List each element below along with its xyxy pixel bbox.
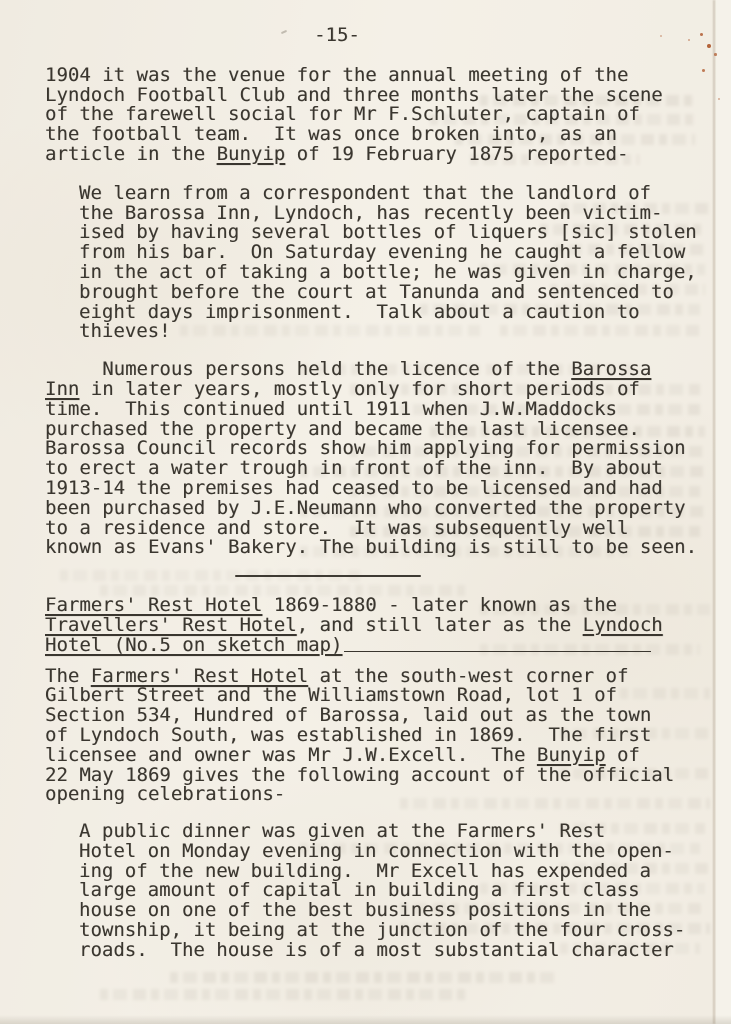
blockquote: We learn from a correspondent that the l… <box>79 184 697 342</box>
underlined-text: Travellers' Rest Hotel <box>45 614 297 636</box>
divider-rule <box>235 575 421 577</box>
rust-speck <box>718 98 720 100</box>
text-line: opening celebrations- <box>45 785 697 805</box>
text-segment: ing of the new building. Mr Excell has e… <box>79 860 651 882</box>
paragraph: The Farmers' Rest Hotel at the south-wes… <box>45 667 697 806</box>
text-segment: of Lyndoch South, was established in 186… <box>45 724 651 746</box>
bottom-shadow <box>0 1015 731 1024</box>
text-line: roads. The house is of a most substantia… <box>79 941 697 961</box>
text-segment: to erect a water trough in front of the … <box>45 457 663 479</box>
rust-speck <box>707 44 711 48</box>
document-blocks: 1904 it was the venue for the annual mee… <box>45 66 697 961</box>
underlined-text: Bunyip <box>217 143 286 165</box>
rust-speck <box>702 69 705 72</box>
document-content: -15- 1904 it was the venue for the annua… <box>45 26 697 961</box>
text-line: article in the Bunyip of 19 February 187… <box>45 145 697 165</box>
text-segment: in the act of taking a bottle; he was gi… <box>79 261 697 283</box>
text-segment: licensee and owner was Mr J.W.Excell. Th… <box>45 744 537 766</box>
page-number: -15- <box>45 26 629 46</box>
text-segment: roads. The house is of a most substantia… <box>79 939 674 961</box>
text-segment: opening celebrations- <box>45 783 285 805</box>
paper-crease <box>713 0 715 1024</box>
text-segment: Barossa Council records show him applyin… <box>45 437 686 459</box>
paragraph: Numerous persons held the licence of the… <box>45 360 697 558</box>
text-segment: known as Evans' Bakery. The building is … <box>45 536 697 558</box>
text-segment: Numerous persons held the licence of the <box>45 358 571 380</box>
text-segment: 1904 it was the venue for the annual mee… <box>45 64 628 86</box>
underlined-text: Lyndoch <box>583 614 663 636</box>
blockquote: A public dinner was given at the Farmers… <box>79 822 697 961</box>
text-segment: at the south-west corner of <box>308 665 628 687</box>
underlined-text: Barossa <box>571 358 651 380</box>
text-segment: We learn from a correspondent that the l… <box>79 182 651 204</box>
text-segment: A public dinner was given at the Farmers… <box>79 820 605 842</box>
text-segment: Gilbert Street and the Williamstown Road… <box>45 684 617 706</box>
text-segment: 22 May 1869 gives the following account … <box>45 764 674 786</box>
text-segment: from his bar. On Saturday evening he cau… <box>79 241 685 263</box>
underlined-text: Farmers' Rest Hotel <box>91 665 308 687</box>
text-segment: large amount of capital in building a fi… <box>79 879 640 901</box>
bleed-through-ghost <box>100 989 470 1000</box>
underlined-text: Farmers' Rest Hotel <box>45 594 262 616</box>
text-segment: brought before the court at Tanunda and … <box>79 281 674 303</box>
rust-speck <box>700 33 703 36</box>
text-line: known as Evans' Bakery. The building is … <box>45 538 697 558</box>
text-segment: time. This continued until 1911 when J.W… <box>45 398 617 420</box>
paragraph: 1904 it was the venue for the annual mee… <box>45 66 697 165</box>
text-segment: the football team. It was once broken in… <box>45 123 617 145</box>
text-segment: article in the <box>45 143 217 165</box>
bleed-through-ghost <box>170 972 560 983</box>
underlined-text: Hotel (No.5 on sketch map) <box>45 636 342 656</box>
text-segment: in later years, mostly only for short pe… <box>79 378 640 400</box>
rust-speck <box>714 53 717 56</box>
scanned-page: { "page_number": "-15-", "colors": { "pa… <box>0 0 731 1024</box>
text-segment: the Barossa Inn, Lyndoch, has recently b… <box>79 202 662 224</box>
text-segment: of 19 February 1875 reported- <box>285 143 628 165</box>
heading-rule-fill <box>342 636 651 656</box>
text-segment: Lyndoch Football Club and three months l… <box>45 84 663 106</box>
text-segment: of <box>606 744 640 766</box>
text-segment: 1913-14 the premises had ceased to be li… <box>45 477 663 499</box>
text-segment: The <box>45 665 91 687</box>
text-line: Hotel (No.5 on sketch map) <box>45 636 651 656</box>
text-line: eight days imprisonment. Talk about a ca… <box>79 303 697 323</box>
section-heading: Farmers' Rest Hotel 1869-1880 - later kn… <box>45 596 697 655</box>
text-segment: purchased the property and became the la… <box>45 418 640 440</box>
text-segment: house on one of the best business positi… <box>79 899 651 921</box>
text-segment: to a residence and store. It was subsequ… <box>45 517 628 539</box>
page-edge-band <box>716 0 731 1024</box>
text-line: thieves! <box>79 322 697 342</box>
text-line: Travellers' Rest Hotel, and still later … <box>45 616 697 636</box>
text-segment: ised by having several bottles of liquer… <box>79 221 697 243</box>
underlined-text: Inn <box>45 378 79 400</box>
text-segment: of the farewell social for Mr F.Schluter… <box>45 103 640 125</box>
text-segment: eight days imprisonment. Talk about a ca… <box>79 301 640 323</box>
underlined-text: Bunyip <box>537 744 606 766</box>
text-segment: 1869-1880 - later known as the <box>262 594 617 616</box>
text-segment: been purchased by J.E.Neumann who conver… <box>45 497 686 519</box>
text-segment: township, it being at the junction of th… <box>79 919 685 941</box>
text-segment: Hotel on Monday evening in connection wi… <box>79 840 674 862</box>
text-segment: , and still later as the <box>297 614 583 636</box>
text-segment: Section 534, Hundred of Barossa, laid ou… <box>45 704 651 726</box>
text-segment: thieves! <box>79 320 171 342</box>
